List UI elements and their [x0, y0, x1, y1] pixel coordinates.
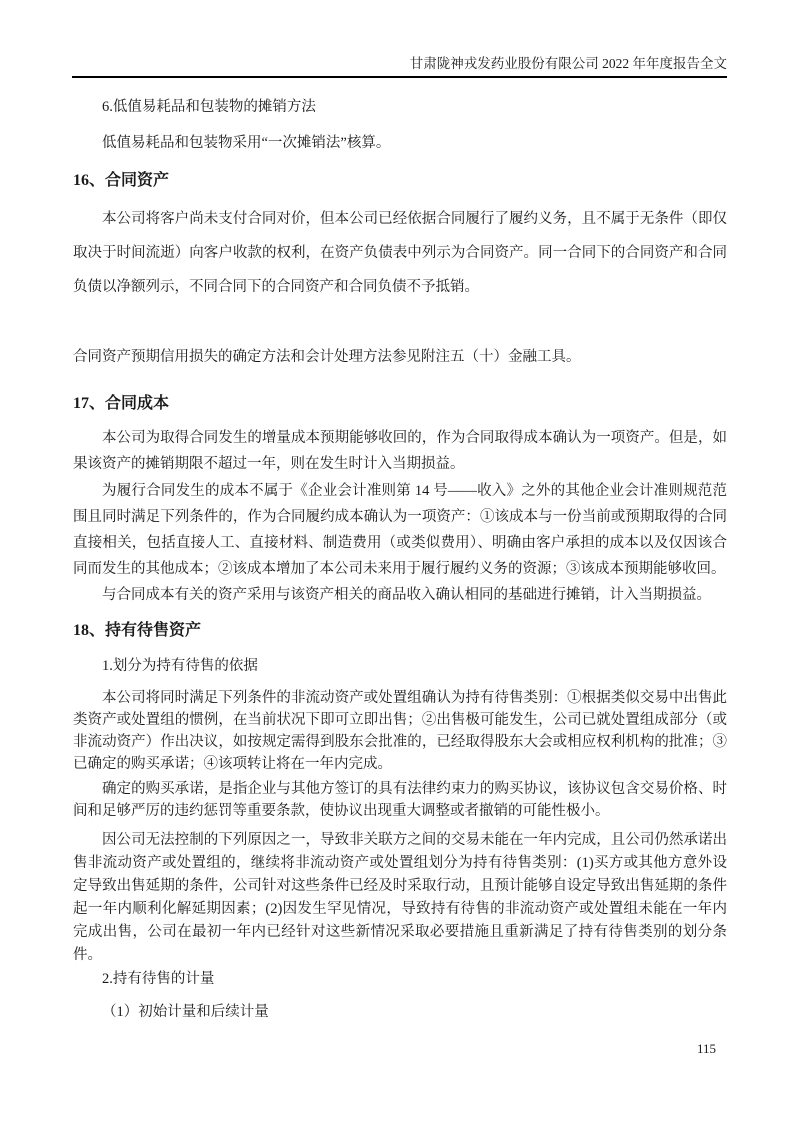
- section-17-paragraph-3: 与合同成本有关的资产采用与该资产相关的商品收入确认相同的基础进行摊销，计入当期损…: [73, 584, 727, 606]
- section-18-subtitle-2: 2.持有待售的计量: [73, 968, 727, 990]
- section-18-subtitle-1: 1.划分为持有待售的依据: [73, 655, 727, 677]
- page-content: 6.低值易耗品和包装物的摊销方法 低值易耗品和包装物采用“一次摊销法”核算。 1…: [73, 78, 727, 1023]
- page-number: 115: [697, 1040, 716, 1058]
- section-17-heading: 17、合同成本: [73, 392, 727, 415]
- section-17-paragraph-1: 本公司为取得合同发生的增量成本预期能够收回的，作为合同取得成本确认为一项资产。但…: [73, 425, 727, 477]
- section-16-paragraph-1: 本公司将客户尚未支付合同对价，但本公司已经依据合同履行了履约义务，且不属于无条件…: [73, 202, 727, 304]
- item6-text: 低值易耗品和包装物采用“一次摊销法”核算。: [73, 132, 727, 154]
- report-page: 甘肃陇神戎发药业股份有限公司 2022 年年度报告全文 6.低值易耗品和包装物的…: [0, 0, 793, 1122]
- section-18-paragraph-3: 因公司无法控制的下列原因之一，导致非关联方之间的交易未能在一年内完成，且公司仍然…: [73, 829, 727, 967]
- section-18-subtitle-2-item-1: （1）初始计量和后续计量: [73, 1001, 727, 1023]
- section-18-paragraph-2: 确定的购买承诺，是指企业与其他方签订的具有法律约束力的购买协议，该协议包含交易价…: [73, 778, 727, 822]
- section-16-paragraph-2: 合同资产预期信用损失的确定方法和会计处理方法参见附注五（十）金融工具。: [73, 346, 727, 368]
- section-18-heading: 18、持有待售资产: [73, 619, 727, 642]
- section-18-paragraph-1: 本公司将同时满足下列条件的非流动资产或处置组确认为持有待售类别：①根据类似交易中…: [73, 687, 727, 775]
- section-17-paragraph-2: 为履行合同发生的成本不属于《企业会计准则第 14 号——收入》之外的其他企业会计…: [73, 478, 727, 582]
- section-16-heading: 16、合同资产: [73, 169, 727, 192]
- report-header-title: 甘肃陇神戎发药业股份有限公司 2022 年年度报告全文: [72, 0, 727, 78]
- item6-title: 6.低值易耗品和包装物的摊销方法: [73, 96, 727, 118]
